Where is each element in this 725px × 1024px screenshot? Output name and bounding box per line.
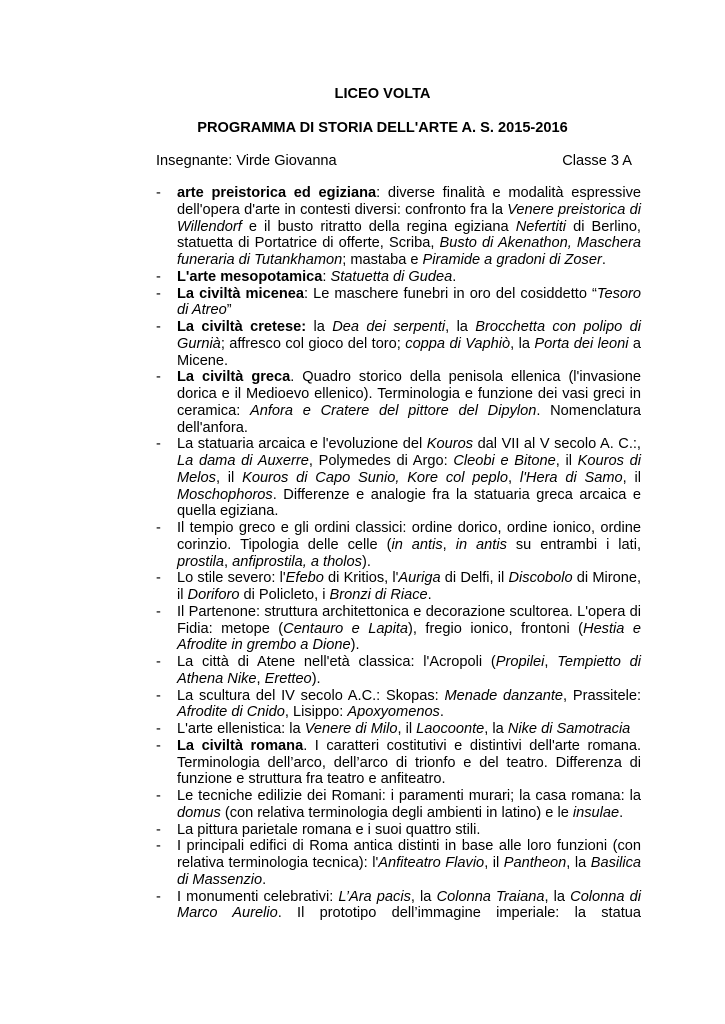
topic-text: , il — [623, 470, 641, 486]
document-page: LICEO VOLTA PROGRAMMA DI STORIA DELL'ART… — [0, 0, 725, 1024]
topic-heading: L'arte mesopotamica — [177, 269, 322, 285]
artwork-title: Moschophoros — [177, 487, 273, 503]
topic-heading: La civiltà greca — [177, 369, 290, 385]
topic-text: . — [262, 872, 266, 888]
artwork-title: coppa di Vaphiò — [405, 336, 510, 352]
topic-text: Le tecniche edilizie dei Romani: i param… — [177, 788, 641, 804]
bullet-dash: - — [156, 721, 161, 738]
topic-text: La città di Atene nell'età classica: l'A… — [177, 654, 496, 670]
artwork-title: Centauro e Lapita — [283, 621, 408, 637]
topic-text: ; affresco col gioco del toro; — [221, 336, 405, 352]
topic-item: -Il tempio greco e gli ordini classici: … — [156, 520, 641, 570]
artwork-title: Nefertiti — [516, 219, 566, 235]
topic-text: , Prassitele: — [563, 688, 641, 704]
topic-item: -L'arte ellenistica: la Venere di Milo, … — [156, 721, 641, 738]
artwork-title: Dea dei serpenti — [332, 319, 445, 335]
topic-text: e il busto ritratto della regina egizian… — [242, 219, 516, 235]
artwork-title: L’Ara pacis — [338, 889, 410, 905]
program-title: PROGRAMMA DI STORIA DELL'ARTE A. S. 2015… — [0, 120, 725, 137]
topic-text: , la — [566, 855, 590, 871]
topic-item: -La statuaria arcaica e l'evoluzione del… — [156, 436, 641, 520]
artwork-title: Colonna Traiana — [437, 889, 545, 905]
topic-text: , il — [484, 855, 504, 871]
topic-text: , la — [544, 889, 570, 905]
topic-item: -arte preistorica ed egiziana: diverse f… — [156, 185, 641, 269]
bullet-dash: - — [156, 185, 161, 202]
topic-text: , la — [510, 336, 534, 352]
artwork-title: Porta dei leoni — [534, 336, 628, 352]
bullet-dash: - — [156, 436, 161, 453]
teacher-name: Insegnante: Virde Giovanna — [156, 153, 337, 170]
topic-text: ” — [227, 302, 232, 318]
bullet-dash: - — [156, 788, 161, 805]
artwork-title: Eretteo — [265, 671, 312, 687]
bullet-dash: - — [156, 654, 161, 671]
artwork-title: Doriforo — [188, 587, 240, 603]
topic-text: , il — [397, 721, 416, 737]
artwork-title: Apoxyomenos — [347, 704, 439, 720]
artwork-title: in antis — [391, 537, 442, 553]
topic-text: la — [306, 319, 332, 335]
topic-item: -La scultura del IV secolo A.C.: Skopas:… — [156, 688, 641, 722]
bullet-dash: - — [156, 604, 161, 621]
topic-text: , la — [484, 721, 508, 737]
topic-text: ). — [351, 637, 360, 653]
topic-item: -La civiltà greca. Quadro storico della … — [156, 369, 641, 436]
topic-text: . — [619, 805, 623, 821]
topic-text: La scultura del IV secolo A.C.: Skopas: — [177, 688, 444, 704]
topic-text: : — [322, 269, 330, 285]
bullet-dash: - — [156, 269, 161, 286]
artwork-title: Bronzi di Riace — [330, 587, 428, 603]
topic-item: -Le tecniche edilizie dei Romani: i para… — [156, 788, 641, 822]
topic-text: , la — [411, 889, 437, 905]
artwork-title: l'Hera di Samo — [520, 470, 623, 486]
bullet-dash: - — [156, 838, 161, 855]
artwork-title: La dama di Auxerre — [177, 453, 309, 469]
bullet-dash: - — [156, 319, 161, 336]
topic-heading: arte preistorica ed egiziana — [177, 185, 376, 201]
topic-text: ), fregio ionico, frontoni ( — [408, 621, 583, 637]
topic-text: , Lisippo: — [285, 704, 347, 720]
artwork-title: domus — [177, 805, 221, 821]
topic-text: La statuaria arcaica e l'evoluzione del — [177, 436, 427, 452]
topic-text: , — [508, 470, 520, 486]
topic-text: . — [602, 252, 606, 268]
teacher-class-row: Insegnante: Virde Giovanna Classe 3 A — [156, 153, 644, 170]
topic-text: , il — [216, 470, 242, 486]
artwork-title: insulae — [573, 805, 619, 821]
school-name: LICEO VOLTA — [0, 86, 725, 103]
bullet-dash: - — [156, 688, 161, 705]
topic-text: . — [428, 587, 432, 603]
artwork-title: Propilei — [496, 654, 545, 670]
topic-item: -L'arte mesopotamica: Statuetta di Gudea… — [156, 269, 641, 286]
topic-text: dal VII al V secolo A. C.:, — [473, 436, 641, 452]
topic-text: di Kritios, l' — [324, 570, 399, 586]
topic-text: , — [224, 554, 232, 570]
artwork-title: in antis — [456, 537, 507, 553]
topic-text: . — [440, 704, 444, 720]
artwork-title: Statuetta di Gudea — [331, 269, 453, 285]
artwork-title: Venere di Milo — [305, 721, 398, 737]
artwork-title: Discobolo — [508, 570, 572, 586]
bullet-dash: - — [156, 822, 161, 839]
topic-text: , il — [556, 453, 578, 469]
artwork-title: Pantheon — [504, 855, 567, 871]
topic-text: ; mastaba e — [342, 252, 422, 268]
topic-text: di Delfi, il — [441, 570, 509, 586]
topic-text: , — [257, 671, 265, 687]
topic-text: ). — [312, 671, 321, 687]
bullet-dash: - — [156, 889, 161, 906]
artwork-title: Efebo — [286, 570, 324, 586]
topic-item: -I principali edifici di Roma antica dis… — [156, 838, 641, 888]
artwork-title: anfiprostila, a tholos — [232, 554, 362, 570]
topic-heading: La civiltà micenea — [177, 286, 304, 302]
artwork-title: Afrodite di Cnido — [177, 704, 285, 720]
bullet-dash: - — [156, 738, 161, 755]
topic-text: L'arte ellenistica: la — [177, 721, 305, 737]
artwork-title: Kouros di Capo Sunio, Kore col peplo — [242, 470, 508, 486]
topic-item: -La civiltà micenea: Le maschere funebri… — [156, 286, 641, 320]
artwork-title: prostila — [177, 554, 224, 570]
topic-item: -I monumenti celebrativi: L’Ara pacis, l… — [156, 889, 641, 923]
topic-item: -Lo stile severo: l'Efebo di Kritios, l'… — [156, 570, 641, 604]
topic-item: - La pittura parietale romana e i suoi q… — [156, 822, 641, 839]
topic-text: , la — [445, 319, 475, 335]
topic-text: , — [443, 537, 456, 553]
topic-heading: La civiltà romana — [177, 738, 303, 754]
class-label: Classe 3 A — [562, 153, 632, 170]
artwork-title: Nike di Samotracia — [508, 721, 630, 737]
topic-text: . Il prototipo dell’immagine imperiale: … — [278, 905, 641, 921]
topic-item: -La civiltà cretese: la Dea dei serpenti… — [156, 319, 641, 369]
topic-text: (con relativa terminologia degli ambient… — [221, 805, 573, 821]
topic-text: Lo stile severo: l' — [177, 570, 286, 586]
artwork-title: Anfiteatro Flavio — [378, 855, 484, 871]
artwork-title: Piramide a gradoni di Zoser — [423, 252, 602, 268]
bullet-dash: - — [156, 520, 161, 537]
artwork-title: Auriga — [398, 570, 440, 586]
topic-item: -Il Partenone: struttura architettonica … — [156, 604, 641, 654]
topic-text: su entrambi i lati, — [507, 537, 641, 553]
artwork-title: Cleobi e Bitone — [453, 453, 555, 469]
topic-item: -La civiltà romana. I caratteri costitut… — [156, 738, 641, 788]
topic-heading: La civiltà cretese: — [177, 319, 306, 335]
topic-text: di Policleto, i — [239, 587, 329, 603]
topic-text: . — [452, 269, 456, 285]
bullet-dash: - — [156, 369, 161, 386]
artwork-title: Kouros — [427, 436, 473, 452]
topic-text: I monumenti celebrativi: — [177, 889, 338, 905]
topic-text: La pittura parietale romana e i suoi qua… — [177, 822, 480, 838]
bullet-dash: - — [156, 286, 161, 303]
topic-text: ). — [362, 554, 371, 570]
artwork-title: Anfora e Cratere del pittore del Dipylon — [250, 403, 536, 419]
artwork-title: Menade danzante — [444, 688, 563, 704]
topic-text: , Polymedes di Argo: — [309, 453, 454, 469]
bullet-dash: - — [156, 570, 161, 587]
topic-text: : Le maschere funebri in oro del cosidde… — [304, 286, 597, 302]
program-topic-list: -arte preistorica ed egiziana: diverse f… — [156, 185, 641, 922]
topic-item: -La città di Atene nell'età classica: l'… — [156, 654, 641, 688]
artwork-title: Laocoonte — [416, 721, 484, 737]
topic-text: , — [544, 654, 557, 670]
